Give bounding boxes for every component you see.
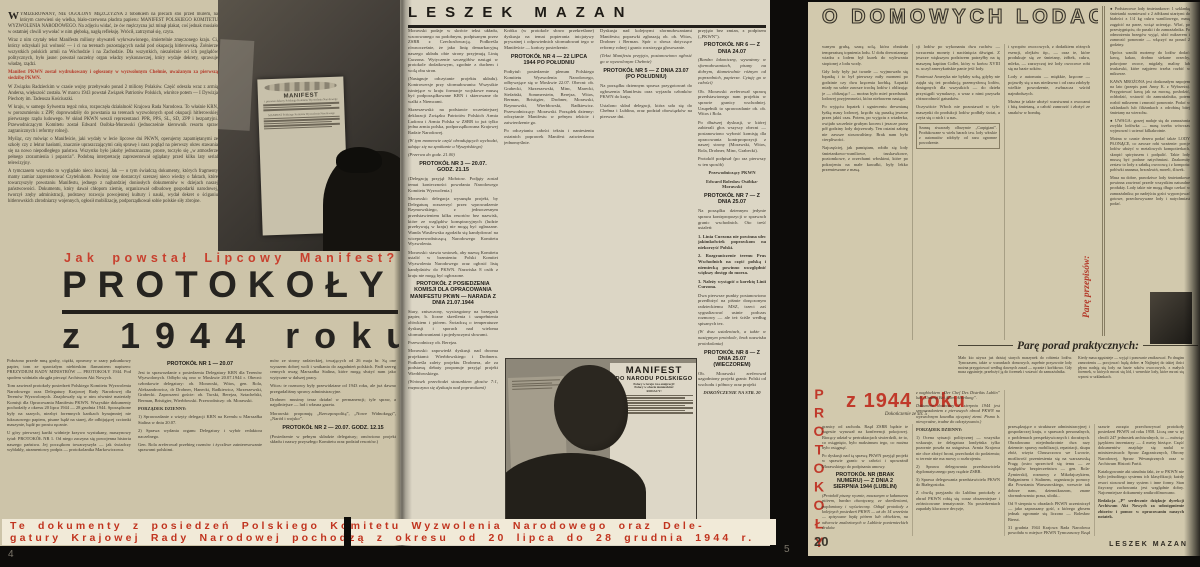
protocol-heading: PROTOKÓŁ NR 1 — 20.07 <box>140 361 260 367</box>
flag-ribbon-graphic <box>264 81 336 93</box>
poster-title: MANIFEST <box>613 366 695 376</box>
protocol-heading: PROTOKÓŁ NR 4 — 22 LIPCA 1944 PO POŁUDNI… <box>506 54 592 66</box>
paragraph: 1) Ocena sytuacji politycznej — wszystko… <box>916 435 1000 461</box>
poster-fragment <box>218 39 254 131</box>
ice-article-column-2: cji lodów po wykonaniu dwu ruchów — wrzu… <box>916 44 1005 340</box>
paragraph: Krótka (w protokole słowo przekreślone) … <box>504 28 594 51</box>
paragraph: WYMIZEROWANY, NIE OGOLONY MĘŻCZYZNA z to… <box>8 12 218 36</box>
recipes-vertical-label: Parę przepisów: <box>1082 168 1092 318</box>
paragraph: przesądzające o strukturze administracyj… <box>1008 424 1090 498</box>
paragraph: Lody z automatu — miękkie, kręcone — poj… <box>1008 74 1090 96</box>
paragraph: A tymczasem wszystko to wyglądało nieco … <box>8 169 218 204</box>
continuation-column-3: przesądzające o strukturze administracyj… <box>1008 424 1095 536</box>
page5-column-3: Dyskusja nad kolejnymi sformułowaniami M… <box>600 28 692 356</box>
recipes-column: ● Podstawowe lody śmietankowe: 1 szklank… <box>1102 6 1190 336</box>
ice-cream-article-headline: O DOMOWYCH LODACH... <box>822 6 1098 36</box>
page5-column-1: Morawski podaje w skrócie tekst układu, … <box>408 28 498 518</box>
protocol-heading: PROTOKÓŁ Z POSIEDZENIA KOMISJI DLA OPRAC… <box>410 281 496 306</box>
continuation-column-4: szawie zaczęto przechowywać protokoły po… <box>1098 424 1184 529</box>
paragraph: Ob. Morawski zreferował uzgodniony proje… <box>698 371 766 388</box>
reader-head-silhouette <box>554 365 628 451</box>
paragraph: (Następuje odczytanie projektu układu). … <box>408 76 498 105</box>
paragraph: 1. Linia Curzona nie powinna ulec jakimk… <box>698 234 766 251</box>
protocol-heading: PROTOKÓŁ NR 3 — 20.07. GODZ. 21.15 <box>410 161 496 173</box>
recipe-item: ● Podstawowe lody śmietankowe: 1 szklank… <box>1110 6 1190 48</box>
recipe-item: Oprócz wanilii możemy do lodów dodać: ka… <box>1110 50 1190 76</box>
paragraph: Od 9 sierpnia w obradach PKWN uczestnicz… <box>1008 501 1090 522</box>
paragraph: Protokół podpisał (po raz pierwszy w ten… <box>698 156 766 167</box>
manifest-wall-photo: MANIFEST i pierwsze dekrety Polskiego Ko… <box>218 0 400 251</box>
paragraph: Morawski: stawia wniosek, aby nazwę Komi… <box>408 250 498 279</box>
scan-right-edge <box>1184 0 1200 567</box>
paragraph: PORZĄDEK DZIENNY: <box>138 406 262 412</box>
ice-article-column-1: wanym grubą, szarą solą, która obniżała … <box>822 44 913 340</box>
page4-column-3: mów ze strony radzieckiej, trwających od… <box>270 358 396 518</box>
paragraph: Położono przede mną gruby, ciężki, opraw… <box>7 358 131 380</box>
paragraph: przyjęto bez zmian, z podpisem („PKWN”). <box>698 28 766 39</box>
protocol-heading: PROTOKÓŁ NR 2 — 20.07. GODZ. 12.15 <box>272 425 394 431</box>
paragraph: Oczywiście Włoch nie pozostawał w tyle: … <box>916 104 1000 121</box>
paragraph: 1) Sprawozdanie z wizyty delegacji KRN n… <box>138 414 262 425</box>
paragraph-highlight: Manifest PKWN został wydrukowany i ogłos… <box>8 70 218 82</box>
paragraph: (Wniosek przechodzi stosunkiem głosów 7:… <box>408 379 498 390</box>
paragraph: Po dłuższej dyskusji, w której zabierali… <box>698 120 766 154</box>
paragraph: Dwa pierwsze punkty postanowiono przedło… <box>698 293 766 327</box>
recipe-item: KAWA MROŻONA jest doskonałym napojem na … <box>1110 79 1190 115</box>
protocol-heading: PROTOKÓŁ NR 5 — Z DNIA 23.07 (PO POŁUDNI… <box>602 68 690 80</box>
title-rule <box>62 310 398 314</box>
paragraph: mów ze strony radzieckiej, trwających od… <box>270 358 396 380</box>
paragraph: W Związku Radzieckim w czasie wojny prze… <box>8 85 218 103</box>
recipe-item: Masa na dobre, prawdziwe lody śmietankow… <box>1110 175 1190 206</box>
paragraph: (Bardzo lakoniczny, wyważony w sformułow… <box>698 57 766 86</box>
inset-note: Szansę stwarzały olbrzymie „Carpigiani”.… <box>916 123 1000 149</box>
bottom-banner: Te dokumenty z posiedzeń Polskiego Komit… <box>2 519 776 545</box>
page-number-5: 5 <box>784 544 790 555</box>
continuation-column-2: z nagłówkiem „Der Chef Des Distrikts Lub… <box>916 390 1005 536</box>
banner-line2: gatury Krajowej Rady Narodowej pochodzą … <box>10 532 776 544</box>
signature-line: Edward Bolesław Osóbka-Morawski <box>698 179 766 190</box>
paragraph: Po wyjęciu łopatek i ugnieceniu drewnian… <box>822 104 908 143</box>
paragraph: Morawski: proponuję „Rzeczpospolitą”, „N… <box>270 411 396 422</box>
main-title-line2: z 1944 roku <box>62 315 399 359</box>
magazine-spread-scan: WYMIZEROWANY, NIE OGOLONY MĘŻCZYZNA z to… <box>0 0 1200 567</box>
paragraph: cji lodów po wykonaniu dwu ruchów — wrzu… <box>916 44 1000 72</box>
paragraph: Na porządku dziennym jedynie sprawa kont… <box>698 208 766 231</box>
ice-article-column-3: i syropów owocowych, z dodatkiem różnych… <box>1008 44 1090 340</box>
manifest-reader-photo: MANIFEST DO NARODU POLSKIEGO Polacy w kr… <box>505 358 697 520</box>
paragraph: Wraz z nim czytały tekst Manifestu milio… <box>8 38 218 68</box>
paragraph: Stary, zniszczony, wystrzępiony na brzeg… <box>408 309 498 338</box>
paragraph: 2. Rozgraniczenie terenu Prus Wschodnich… <box>698 253 766 276</box>
page-number-4: 4 <box>8 549 14 560</box>
paragraph: Gdy lody były już twarde — wyjmowało się… <box>822 69 908 102</box>
paragraph: Po dyskusji nad tą sprawą PKWN przyjął p… <box>822 453 908 469</box>
paragraph: szawie zaczęto przechowywać protokoły po… <box>1098 424 1184 466</box>
continuation-column-1: granicy od zachodu. Rząd ZSRR będzie te … <box>822 424 913 536</box>
paragraph: (Posiedzenie w pełnym składzie delegatur… <box>270 434 396 445</box>
paragraph: (Protokół pisany ręcznie, maczanym w kał… <box>822 493 908 530</box>
paragraph: (Przerwa do godz. 21.00) <box>408 152 498 158</box>
paragraph: (Tekst Manifestu przyjęto, postanowiono … <box>600 53 692 64</box>
banner-line1: Te dokumenty z posiedzeń Polskiego Komit… <box>10 520 776 532</box>
practical-tips-heading: Parę porad praktycznych: <box>958 338 1198 353</box>
paragraph: 3. Należy wystąpić o korektę Linii Curzo… <box>698 279 766 290</box>
paragraph: i syropów owocowych, z dodatkiem różnych… <box>1008 44 1090 72</box>
poster-text-line <box>615 395 693 396</box>
paragraph: 3) Sprawa delegowania przedstawiciela PK… <box>916 477 1000 488</box>
protocol-heading: PROTOKÓŁ NR 8 — Z DNIA 25.07 (WIECZOREM) <box>700 350 764 369</box>
poster-text-line <box>512 387 552 390</box>
tip-text: Mało kto używa już dzisiaj starych maszy… <box>958 356 1072 375</box>
paragraph: Drobner: musimy teraz działać w permanen… <box>270 397 396 408</box>
paragraph: Dokument datowany 2 sierpnia 1944 jest s… <box>916 403 1000 424</box>
paragraph: U góry pierwszej kartki widnieje krzywo … <box>7 430 131 452</box>
protocol-heading: PROTOKÓŁ NR 6 — Z DNIA 24.07 <box>700 42 764 54</box>
page4-column-1: Położono przede mną gruby, ciężki, opraw… <box>7 358 131 518</box>
paragraph: Ponieważ Ameryka nie byłaby sobą, gdyby … <box>916 74 1000 102</box>
tip-text: Kiedy masa zgęstnieje — wyjąć i ponownie… <box>1078 356 1184 380</box>
paragraph: Ustalono skład delegacji, która uda się … <box>600 103 692 120</box>
protocol-heading: PROTOKÓŁ NR (BRAK NUMERU) — Z DNIA 2 SIE… <box>824 472 906 491</box>
banner-fold-gap <box>344 517 351 547</box>
paragraph: (Delegację przyjął Mołotow. Podjęty zost… <box>408 176 498 193</box>
page5-column-4: przyjęto bez zmian, z podpisem („PKWN”).… <box>698 28 766 518</box>
paragraph: Najczęściej, jak pamiętam, robiło się lo… <box>822 145 908 173</box>
paragraph: z nagłówkiem „Der Chef Des Distrikts Lub… <box>916 390 1000 401</box>
author-credit: LESZEK MAZAN <box>1092 541 1188 548</box>
page4-column-2: PROTOKÓŁ NR 1 — 20.07 Jest to sprawozdan… <box>138 358 262 518</box>
paragraph: Morawski: zapowiedź dyskusji nad dwoma p… <box>408 348 498 377</box>
paragraph: Przewodniczy ob. Berejza. <box>408 340 498 346</box>
paragraph: Po odczytaniu całości tekstu i naniesien… <box>504 128 594 145</box>
paragraph: Ob. Morawski zreferował sprawę przedstaw… <box>698 89 766 118</box>
beret-silhouette <box>336 147 382 173</box>
practical-tips-heading-text: Parę porad praktycznych: <box>1017 340 1139 352</box>
paragraph: 2) Sprawa wydania organu Delegatury i wy… <box>138 428 262 439</box>
paragraph: Na porządku dziennym sprawa przygotowań … <box>600 83 692 100</box>
recipe-item: Można w czasie deseru podać także LODY P… <box>1110 136 1190 172</box>
paragraph: Z chwilą przyjazdu do Lublina protokoły … <box>916 490 1000 511</box>
tips-column-2: Kiedy masa zgęstnieje — wyjąć i ponownie… <box>1078 356 1184 412</box>
signature-line: Przewodniczący PKWN <box>698 170 766 176</box>
paragraph: Podtytuł: posiedzenie plenum Polskiego K… <box>504 69 594 126</box>
paragraph: granicy od zachodu. Rząd ZSRR będzie te … <box>822 424 908 450</box>
paragraph: wanym grubą, szarą solą, która obniżała … <box>822 44 908 66</box>
main-title-line1: PROTOKOŁY <box>62 264 399 308</box>
paragraph: 2) Sprawa delegowania przedstawiciela dy… <box>916 464 1000 475</box>
paragraph: Morawski podaje w skrócie tekst układu, … <box>408 28 498 74</box>
paragraph: Dyskusja nad kolejnymi sformułowaniami M… <box>600 28 692 51</box>
paragraph: W kraju, w samego Sylwestra tegoż roku, … <box>8 105 218 135</box>
paragraph: Morawski: delegacja wysunęła projekt, by… <box>408 196 498 247</box>
continuation-note: DOKOŃCZENIE NA STR. 20 <box>698 390 766 396</box>
page-number-20: 20 <box>814 534 828 549</box>
paragraph: Katalogowanie akt utrudnia fakt, że w PK… <box>1098 469 1184 495</box>
paragraph: Redakcja „P” serdecznie dziękuje dyrekcj… <box>1098 498 1184 519</box>
paragraph: (W tym momencie część obradujących wycho… <box>408 138 498 149</box>
paragraph: 31 grudnia 1944 Krajowa Rada Narodowa po… <box>1008 525 1090 536</box>
paragraph: Skrzeszewski: na podstawie wcześniejszej… <box>408 107 498 136</box>
paragraph: Myśląc, czy mówiąc o Manifeście, jaki wy… <box>8 137 218 167</box>
paragraph: Można je także ułożyć warstwami z owocam… <box>1008 99 1090 116</box>
paragraph: (W dwu ustaleniach, a także w następnym … <box>698 329 766 346</box>
recipe-item: ● UWAGA: gorzej nadaje się do zamrażania… <box>1110 118 1190 134</box>
paragraph: Gen. Rola zreferował przebieg rozmów i ż… <box>138 442 262 453</box>
page5-column-2: Krótka (w protokole słowo przekreślone) … <box>504 28 594 356</box>
paragraph: Tom zawierał protokoły posiedzeń Polskie… <box>7 383 131 428</box>
page4-intro-column: WYMIZEROWANY, NIE OGOLONY MĘŻCZYZNA z to… <box>8 12 218 252</box>
paragraph: PORZĄDEK DZIENNY: <box>916 427 1000 432</box>
protocol-heading: PROTOKÓŁ NR 7 — Z DNIA 25.07 <box>700 193 764 205</box>
paragraph: Witos: te rozmowy były przewidziane od 1… <box>270 383 396 394</box>
paragraph: Jest to sprawozdanie z posiedzenia Deleg… <box>138 370 262 404</box>
author-byline: LESZEK MAZAN <box>408 4 766 28</box>
